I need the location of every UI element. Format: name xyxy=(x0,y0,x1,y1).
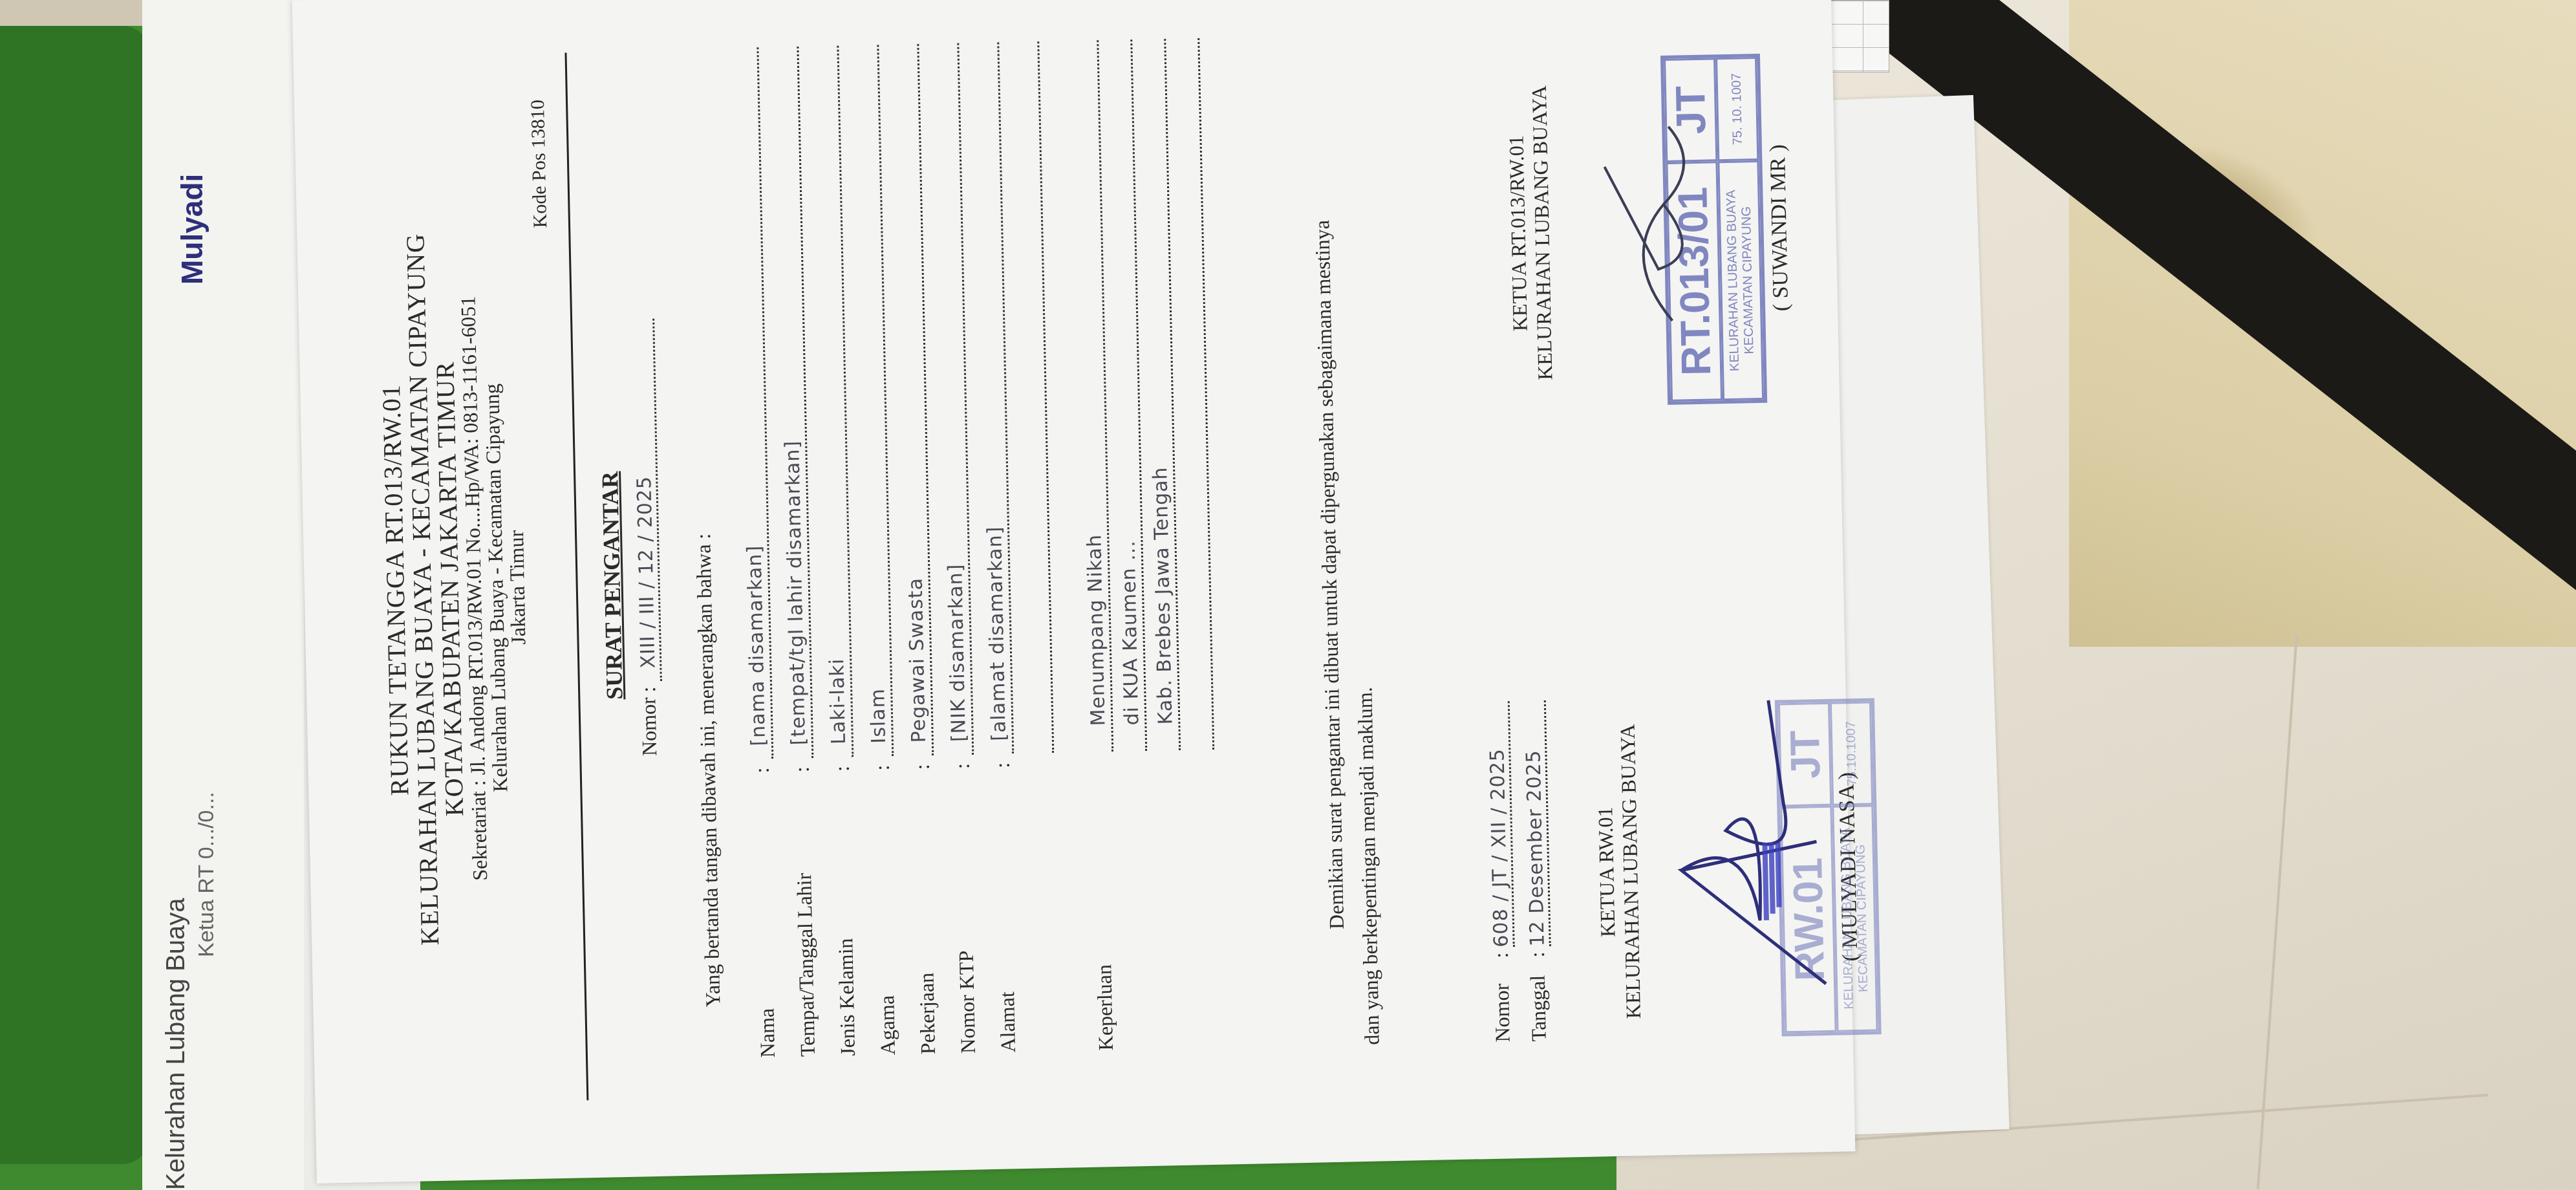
field-label: Pekerjaan xyxy=(910,770,940,1055)
kode-pos: Kode Pos 13810 xyxy=(527,100,552,228)
field-label: Nomor KTP xyxy=(950,769,980,1054)
field-value: Pegawai Swasta xyxy=(893,44,934,756)
field-colon: : xyxy=(910,755,934,770)
edge-signature: Mulyadi xyxy=(175,174,209,285)
keperluan-line: Kab. Brebes Jawa Tengah xyxy=(1140,39,1181,751)
field-row: Alamat:[alamat disamarkan] xyxy=(973,43,1020,1053)
keperluan-line: Menumpang Nikah xyxy=(1073,40,1113,752)
field-label: Jenis Kelamin xyxy=(830,771,860,1056)
field-label: Nama xyxy=(750,773,780,1058)
field-row: Nomor KTP:[NIK disamarkan] xyxy=(933,43,980,1054)
letterhead-divider xyxy=(564,53,588,1101)
surat-pengantar: RUKUN TETANGGA RT.013/RW.01 KELURAHAN LU… xyxy=(292,0,1856,1184)
letter-number-value: XIII / III / 12 / 2025 xyxy=(630,319,662,682)
closing-text: Demikian surat pengantar ini dibuat untu… xyxy=(1301,10,1389,1046)
rw-stamp-code: 75.10.1007 xyxy=(1830,701,1873,805)
letter-number: Nomor : XIII / III / 12 / 2025 xyxy=(628,319,663,756)
rt-signature-block: KETUA RT.013/RW.01 KELURAHAN LUBANG BUAY… xyxy=(1502,27,1796,434)
rt-stamp: RT.013/01 JT KELURAHAN LUBANG BUAYAKECAM… xyxy=(1660,54,1767,405)
field-colon: : xyxy=(870,756,894,771)
rw-stamp: RW.01 JT KELURAHAN LUBANG BUAYAKECAMATAN… xyxy=(1775,698,1882,1036)
field-row: Tempat/Tanggal Lahir:[tempat/tgl lahir d… xyxy=(773,47,820,1057)
keperluan-line: di KUA Kaumen ... xyxy=(1106,39,1147,752)
field-label xyxy=(1055,767,1060,1052)
keperluan-label: Keperluan xyxy=(1092,964,1118,1051)
field-colon: : xyxy=(789,758,813,773)
field-value: [alamat disamarkan] xyxy=(973,43,1014,755)
field-row: Jenis Kelamin:Laki-laki xyxy=(813,46,860,1056)
rt-stamp-kelurahan: KELURAHAN LUBANG BUAYAKECAMATAN CIPAYUNG xyxy=(1717,160,1764,400)
keperluan-line xyxy=(1174,38,1214,750)
rt-stamp-area: RT.013/01 JT KELURAHAN LUBANG BUAYAKECAM… xyxy=(1550,28,1772,433)
rw-nomor-value: 608 / JT / XII / 2025 xyxy=(1485,701,1515,947)
field-colon: : xyxy=(950,755,974,770)
field-row: Pekerjaan:Pegawai Swasta xyxy=(893,44,940,1054)
field-value: [tempat/tgl lahir disamarkan] xyxy=(773,47,813,759)
rt-stamp-code: 75. 10. 1007 xyxy=(1715,57,1759,161)
rw-tanggal: Tanggal: 12 Desember 2025 xyxy=(1518,589,1553,1042)
rt-stamp-side: JT xyxy=(1664,58,1717,162)
rw-stamp-side: JT xyxy=(1778,702,1832,807)
edge-footer-1: Ketua RT 0.../0... xyxy=(194,792,219,957)
rw-stamp-kelurahan: KELURAHAN LUBANG BUAYAKECAMATAN CIPAYUNG xyxy=(1832,805,1878,1032)
field-colon: : xyxy=(749,759,773,773)
rw-tanggal-value: 12 Desember 2025 xyxy=(1521,700,1551,947)
field-value: Islam xyxy=(853,45,894,757)
rw-stamp-main: RW.01 xyxy=(1780,806,1836,1033)
field-value: Laki-laki xyxy=(813,46,853,758)
field-row xyxy=(1013,41,1060,1052)
field-label: Agama xyxy=(870,770,900,1055)
rw-nomor: Nomor: 608 / JT / XII / 2025 xyxy=(1481,589,1517,1043)
field-row: Agama:Islam xyxy=(853,45,900,1055)
field-value: [nama disamarkan] xyxy=(733,47,773,759)
letter-title: SURAT PENGANTAR xyxy=(586,0,638,1177)
field-colon: : xyxy=(830,757,853,772)
field-row: Nama:[nama disamarkan] xyxy=(733,47,780,1057)
green-folder-edge xyxy=(0,26,149,1164)
letter-rotation: RUKUN TETANGGA RT.013/RW.01 KELURAHAN LU… xyxy=(292,0,1856,1184)
letter-number-label: Nomor : xyxy=(636,686,661,756)
field-value xyxy=(1013,41,1054,753)
field-value: [NIK disamarkan] xyxy=(933,43,974,755)
rt-stamp-main: RT.013/01 xyxy=(1666,161,1723,402)
letterhead: RUKUN TETANGGA RT.013/RW.01 KELURAHAN LU… xyxy=(370,0,541,1182)
intro-text: Yang bertanda tangan dibawah ini, menera… xyxy=(691,533,725,1007)
field-colon: : xyxy=(990,753,1014,768)
edge-footer-2: Kelurahan Lubang Buaya xyxy=(162,898,191,1190)
rw-signature-block: Nomor: 608 / JT / XII / 2025 Tanggal: 12… xyxy=(1481,582,1865,1043)
rw-stamp-area: RW.01 JT KELURAHAN LUBANG BUAYAKECAMATAN… xyxy=(1637,583,1840,1039)
field-label: Alamat xyxy=(991,768,1020,1053)
field-label: Tempat/Tanggal Lahir xyxy=(790,772,820,1057)
